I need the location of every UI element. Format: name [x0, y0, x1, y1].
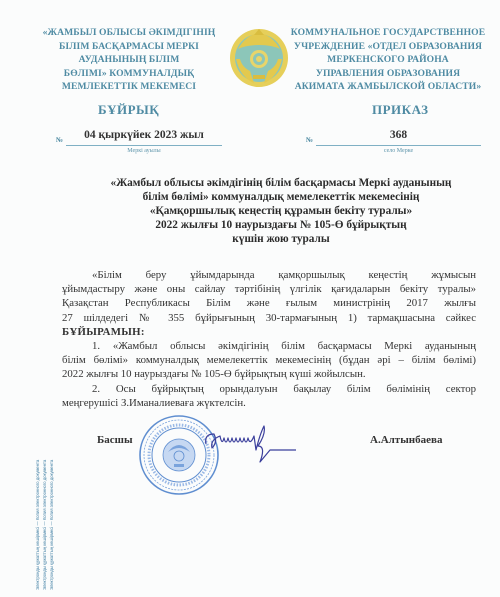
state-emblem-icon — [228, 25, 290, 91]
header-line: УПРАВЛЕНИЯ ОБРАЗОВАНИЯ — [288, 67, 488, 81]
margin-electronic-copy-note: Электронды құжаттың көшірмесі — Копия эл… — [34, 210, 56, 590]
order-directive: БҰЙЫРАМЫН: — [62, 325, 476, 339]
header-line: БІЛІМ БАСҚАРМАСЫ МЕРКІ — [34, 40, 224, 54]
order-date: 04 қыркүйек 2023 жыл — [66, 129, 222, 141]
number-sign: № — [306, 136, 313, 144]
preamble-line: Қазақстан Республикасы Білім және ғылым … — [62, 296, 476, 310]
item-2-line: меңгерушісі З.Иманалиеваға жүктелсін. — [62, 396, 476, 410]
header-line: БӨЛІМІ» КОММУНАЛДЫҚ — [34, 67, 224, 81]
subject-line: «Қамқоршылық кеңестің құрамын бекіту тур… — [86, 204, 476, 218]
header-line: МЕМЛЕКЕТТІК МЕКЕМЕСІ — [34, 80, 224, 94]
subject-line: күшін жою туралы — [86, 232, 476, 246]
signatory-position: Басшы — [97, 434, 133, 446]
subject-line: білім бөлімі» коммуналдық мемелекеттік м… — [86, 190, 476, 204]
margin-note-line: Электронды құжаттың көшірмесі — Копия эл… — [34, 210, 41, 590]
place-kazakh: Меркі ауылы — [66, 148, 222, 154]
date-underline — [66, 145, 222, 146]
subject-line: 2022 жылғы 10 наурыздағы № 105-Ө бұйрықт… — [86, 218, 476, 232]
preamble-line: ұйымдастыру және оны сайлау тәртібінің ү… — [62, 282, 476, 296]
margin-note-line: Электронды құжаттың көшірмесі — Копия эл… — [41, 210, 48, 590]
handwritten-signature-icon — [200, 420, 300, 466]
preamble-line: «Білім беру ұйымдарында қамқоршылық кеңе… — [62, 268, 476, 282]
date-row: № 04 қыркүйек 2023 жыл Меркі ауылы — [56, 129, 226, 159]
subject-line: «Жамбыл облысы әкімдігінің білім басқарм… — [86, 176, 476, 190]
item-1-line: 2022 жылғы 10 наурыздағы № 105-Ө бұйрықт… — [62, 367, 476, 381]
item-1-line: 1. «Жамбыл облысы әкімдігінің білім басқ… — [62, 339, 476, 353]
title-russian: ПРИКАЗ — [372, 102, 429, 118]
header-line: АУДАНЫНЫҢ БІЛІМ — [34, 53, 224, 67]
item-1-line: білім бөлімі» коммуналдық мемелекеттік м… — [62, 353, 476, 367]
order-number: 368 — [316, 129, 481, 141]
number-sign: № — [56, 136, 63, 144]
margin-note-text: Электронды құжаттың көшірмесі — Копия эл… — [34, 210, 56, 590]
margin-note-line: Электронды құжаттың көшірмесі — Копия эл… — [48, 210, 55, 590]
preamble-line: 27 шілдедегі № 355 бұйрығының 30-тармағы… — [62, 311, 476, 325]
header-org-kazakh: «ЖАМБЫЛ ОБЛЫСЫ ӘКІМДІГІНІҢ БІЛІМ БАСҚАРМ… — [34, 26, 224, 94]
order-subject: «Жамбыл облысы әкімдігінің білім басқарм… — [86, 176, 476, 246]
header-line: МЕРКЕНСКОГО РАЙОНА — [288, 53, 488, 67]
title-kazakh: БҰЙРЫҚ — [98, 102, 159, 118]
number-underline — [316, 145, 481, 146]
header-line: УЧРЕЖДЕНИЕ «ОТДЕЛ ОБРАЗОВАНИЯ — [288, 40, 488, 54]
header-line: КОММУНАЛЬНОЕ ГОСУДАРСТВЕННОЕ — [288, 26, 488, 40]
signatory-name: А.Алтынбаева — [370, 434, 442, 446]
header-line: АКИМАТА ЖАМБЫЛСКОЙ ОБЛАСТИ» — [288, 80, 488, 94]
header-org-russian: КОММУНАЛЬНОЕ ГОСУДАРСТВЕННОЕ УЧРЕЖДЕНИЕ … — [288, 26, 488, 94]
order-body: «Білім беру ұйымдарында қамқоршылық кеңе… — [62, 268, 476, 410]
place-russian: село Мерке — [316, 148, 481, 154]
header-line: «ЖАМБЫЛ ОБЛЫСЫ ӘКІМДІГІНІҢ — [34, 26, 224, 40]
order-document: «ЖАМБЫЛ ОБЛЫСЫ ӘКІМДІГІНІҢ БІЛІМ БАСҚАРМ… — [0, 0, 500, 597]
number-row: № 368 село Мерке — [306, 129, 486, 159]
item-2-line: 2. Осы бұйрықтың орындалуын бақылау білі… — [62, 382, 476, 396]
